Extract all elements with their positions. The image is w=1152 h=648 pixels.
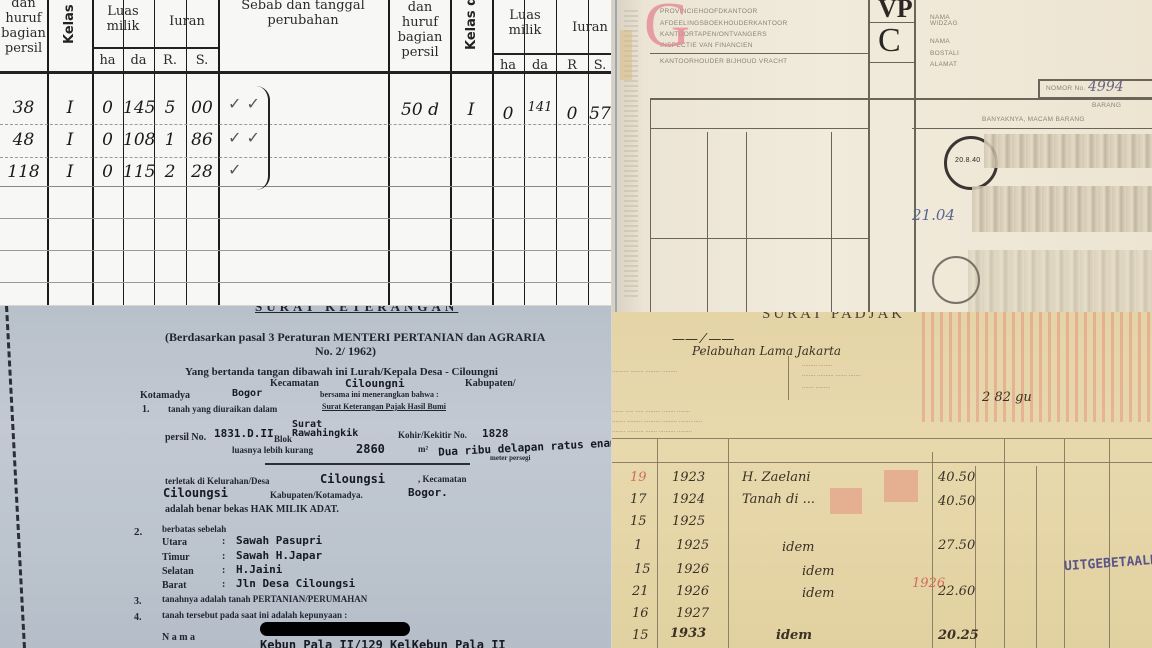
red-stamp-pattern (922, 312, 1152, 422)
item4-text: tanah tersebut pada saat ini adalah kepu… (162, 610, 347, 620)
basis-line-2: No. 2/ 1962) (315, 344, 376, 359)
redaction-bar (260, 622, 410, 636)
iuran-header: Iuran (156, 14, 218, 29)
kabupaten-label: Kabupaten/ (465, 378, 516, 389)
r-header-right: R (556, 58, 588, 73)
colonial-waybill-photo: PROVINCIEHOOFDKANTOOR AFDEELINGSBOEKHOUD… (612, 0, 1152, 312)
code-c: C (878, 22, 901, 60)
section-barang: BARANG (1092, 102, 1121, 109)
s-header: S. (186, 53, 218, 68)
ha-header-right: ha (492, 58, 524, 73)
kab-value-2: Bogor. (408, 486, 448, 499)
handwritten-date: 21.04 (912, 206, 955, 224)
kec-label-2: , Kecamatan (418, 474, 467, 484)
item1-text: tanah yang diuraikan dalam (168, 404, 277, 414)
label-widzag: WIDZAG (930, 20, 958, 27)
postmark-stamp-2 (932, 256, 980, 304)
item1-doc: Surat Keterangan Pajak Hasil Bumi (322, 402, 446, 411)
stain (620, 30, 632, 80)
label-nama-2: NAMA (930, 38, 950, 45)
kotamadya-value: Bogor (232, 388, 262, 399)
da-header-right: da (524, 58, 556, 73)
r-header: R. (154, 53, 186, 68)
persil-value: 1831.D.II (214, 427, 274, 440)
meter-label: meter persegi (490, 454, 531, 462)
menerangkan: bersama ini menerangkan bahwa : (320, 390, 439, 399)
item3-text: tanahnya adalah tanah PERTANIAN/PERUMAHA… (162, 594, 367, 604)
bracket-mark (250, 86, 270, 190)
kecamatan-value: Ciloungni (345, 377, 405, 390)
kec-value-2: Ciloungsi (163, 486, 228, 500)
adat-line: adalah benar bekas HAK MILIK ADAT. (165, 504, 339, 515)
nama-address: Kebun Pala II/129 KelKebun Pala II (260, 638, 506, 648)
ledger-title: SURAT PADJAK (762, 312, 905, 323)
blok-label: Blok (274, 434, 292, 444)
luas-unit: m² (418, 444, 428, 454)
kelas-header: Kelas d (62, 0, 77, 44)
item2-number: 2. (134, 526, 142, 538)
item2-text: berbatas sebelah (162, 524, 226, 534)
luas-value: 2860 (356, 442, 385, 456)
letak-value: Ciloungsi (320, 472, 385, 486)
iuran-header-right: Iuran (560, 20, 611, 35)
label-bostali: BOSTALI (930, 50, 959, 57)
land-register-table-photo: dan huruf bagian persil Kelas d Luas mil… (0, 0, 611, 305)
kecamatan-label: Kecamatan (270, 378, 319, 389)
kohir-value: 1828 (482, 427, 509, 440)
s-header-right: S. (588, 58, 611, 73)
sebab-header: Sebab dan tanggal perubahan (228, 0, 378, 28)
persil-header-right: dan huruf bagian persil (390, 0, 450, 60)
nama-label: N a m a (162, 632, 195, 643)
basis-line-1: (Berdasarkan pasal 3 Peraturan MENTERI P… (165, 330, 545, 345)
luas-milik-header: Luas milik (94, 4, 152, 34)
paid-stamp: UITGEBETAALD (1064, 553, 1152, 575)
red-stamp-letter: G (644, 0, 690, 62)
ha-header: ha (92, 53, 123, 68)
persil-label: persil No. (165, 432, 206, 443)
persil-header: dan huruf bagian persil (0, 0, 47, 56)
nomor-box: NOMOR No. 4994 (1038, 79, 1152, 99)
label-alamat: ALAMAT (930, 61, 957, 68)
certificate-photo: SURAT KETERANGAN (Berdasarkan pasal 3 Pe… (0, 306, 611, 648)
blok-value: Surat Rawahingkik (292, 420, 378, 438)
luas-milik-header-right: Luas milik (494, 8, 556, 38)
kab-label-2: Kabupaten/Kotamadya. (270, 490, 363, 500)
item4-number: 4. (134, 612, 142, 623)
da-header: da (123, 53, 154, 68)
col-header: BANYAKNYA, MACAM BARANG (982, 116, 1085, 123)
item1-number: 1. (142, 404, 150, 415)
torn-edge (5, 306, 29, 648)
tax-ledger-photo: SURAT PADJAK —— ⁄ —— Pelabuhan Lama Jaka… (612, 312, 1152, 648)
luas-label: luasnya lebih kurang (232, 445, 313, 455)
kohir-label: Kohir/Kekitir No. (398, 430, 467, 440)
kotamadya-label: Kotamadya (140, 390, 190, 401)
code-vp: VP (878, 0, 913, 24)
certificate-title: SURAT KETERANGAN (255, 306, 458, 315)
letak-label: terletak di Kelurahan/Desa (165, 476, 270, 486)
item3-number: 3. (134, 596, 142, 607)
intro-line: Yang bertanda tangan dibawah ini Lurah/K… (185, 366, 498, 378)
kelas-header-right: Kelas d (464, 0, 479, 50)
